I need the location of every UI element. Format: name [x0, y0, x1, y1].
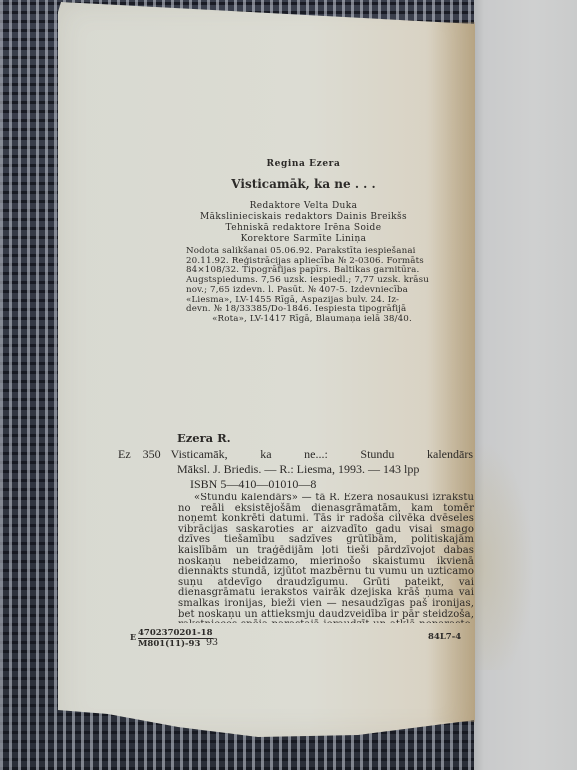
water-stain [474, 440, 534, 670]
annotation-text: «Stundu kalendārs» — tā R. Ezera nosauku… [178, 493, 474, 623]
credit-editor: Redaktore Velta Duka [30, 201, 577, 212]
colophon-author: Regina Ezera [0, 159, 577, 169]
code-year: 93 [206, 637, 218, 648]
imprint-printer: «Rota», LV-1417 Rīgā, Blaumaņa ielā 38/4… [186, 315, 438, 325]
credit-proofreader: Korektore Sarmīte Liniņa [30, 234, 577, 245]
code-numerator: 4702370201-18 [138, 628, 213, 639]
bbk-index: 84L7-4 [428, 632, 461, 642]
catalog-card-author: Ezera R. [177, 431, 231, 445]
catalog-annotation: «Stundu kalendārs» — tā R. Ezera nosauku… [178, 493, 474, 623]
book-page [58, 2, 475, 737]
catalog-title: Visticamāk, ka ne...: Stundu kalendārs [171, 447, 473, 462]
colophon-title: Visticamāk, ka ne . . . [0, 177, 577, 191]
code-denominator: M801(11)-93 [138, 639, 200, 649]
imprint-block: Nodota salikšanai 05.06.92. Parakstīta i… [186, 247, 438, 325]
catalog-e-mark: E [130, 632, 136, 642]
catalog-class-mark: Ez [118, 447, 131, 462]
credit-art-editor: Mākslinieciskais redaktors Dainis Breikš… [30, 212, 577, 223]
catalog-number: 350 [143, 447, 161, 462]
credit-technical-editor: Tehniskā redaktore Irēna Soide [30, 223, 577, 234]
catalog-publication-line: Māksl. J. Briedis. — R.: Liesma, 1993. —… [177, 462, 419, 477]
colophon-credits: Redaktore Velta Duka Mākslinieciskais re… [0, 201, 577, 245]
catalog-code-fraction: 4702370201-18 M801(11)-93 [138, 628, 213, 649]
catalog-card-title-line: Ez 350 Visticamāk, ka ne...: Stundu kale… [118, 447, 473, 462]
catalog-isbn: ISBN 5—410—01010—8 [190, 477, 316, 492]
